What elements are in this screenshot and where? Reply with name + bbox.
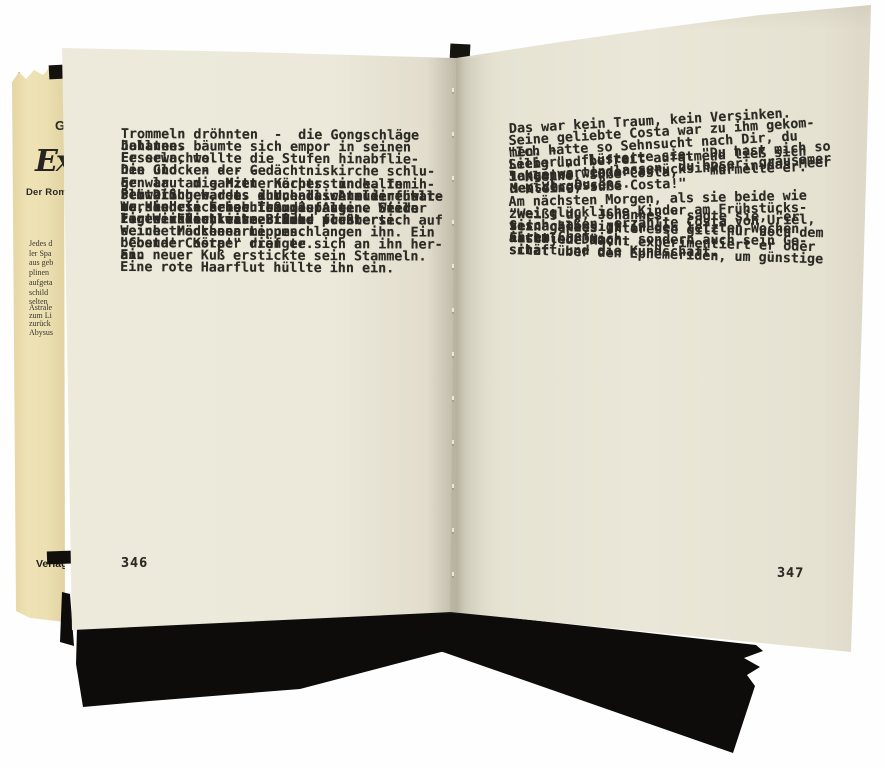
left-page-text: Trommeln dröhnten - die Gongschläge hall… xyxy=(120,105,457,264)
page-number-right: 347 xyxy=(777,566,804,581)
paragraph: Ein neuer Kuß erstickte sein Stammeln. E… xyxy=(120,250,426,276)
right-page-text: Das war kein Traum, kein Versinken. Sein… xyxy=(509,100,831,245)
book-cover-top-tab xyxy=(49,65,65,80)
jacket-blurb-text: Jedes d ler Spa aus geb plinen aufgeta s… xyxy=(29,239,53,307)
jacket-tear-mark xyxy=(13,66,31,74)
book-cover-strip xyxy=(47,551,72,565)
jacket-tear-mark xyxy=(30,67,44,72)
paragraph: Fast jede Nacht experimentiert er oder s… xyxy=(509,233,824,267)
jacket-blurb-text-2: Astrale zum Li zurück Abysus xyxy=(29,304,53,337)
open-book-photo: G Ex Der Roma Jedes d ler Spa aus geb pl… xyxy=(0,0,885,768)
page-number-left: 346 xyxy=(121,556,148,571)
